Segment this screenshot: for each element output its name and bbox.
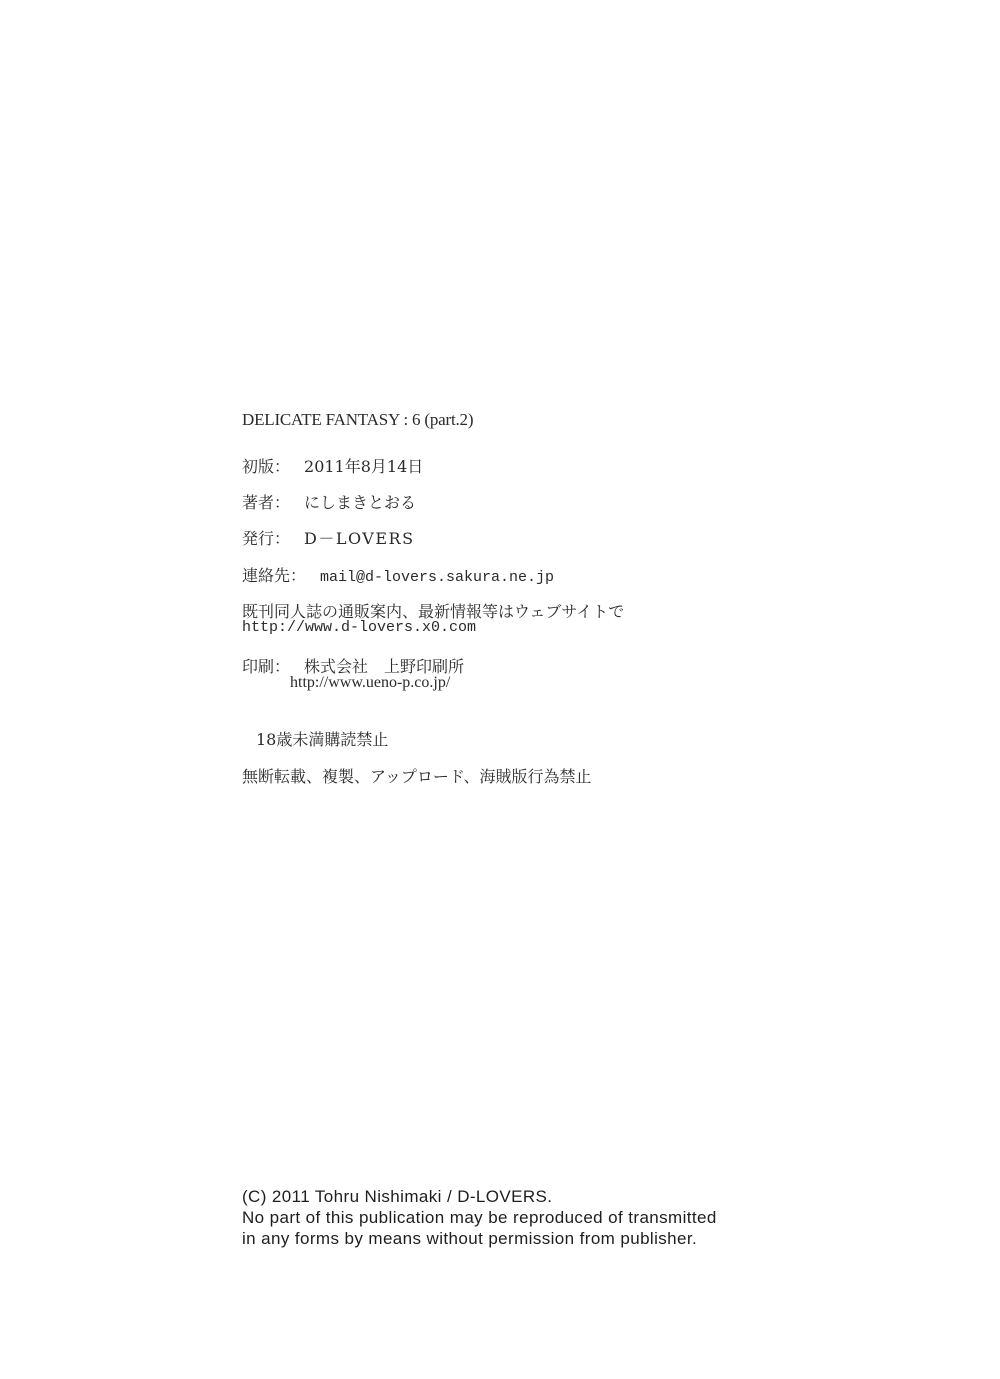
publisher-label: 発行： (242, 526, 290, 549)
rights-notice-line-2: in any forms by means without permission… (242, 1228, 717, 1249)
contact-label: 連絡先： (242, 563, 306, 586)
copyright-line: (C) 2011 Tohru Nishimaki / D-LOVERS. (242, 1186, 717, 1207)
author-name: にしまきとおる (304, 493, 416, 512)
publisher-name: D－LOVERS (304, 529, 415, 548)
prohibition-notice: 無断転載、複製、アップロード、海賊版行為禁止 (242, 764, 591, 787)
author-row: 著者：にしまきとおる (242, 490, 416, 513)
age-restriction: 18歳未満購読禁止 (256, 727, 388, 750)
author-label: 著者： (242, 490, 290, 513)
contact-email: mail@d-lovers.sakura.ne.jp (320, 569, 554, 586)
first-edition-label: 初版： (242, 454, 290, 477)
publisher-row: 発行：D－LOVERS (242, 526, 415, 549)
rights-notice-line-1: No part of this publication may be repro… (242, 1207, 717, 1228)
first-edition-date: 2011年8月14日 (304, 457, 423, 476)
website-url: http://www.d-lovers.x0.com (242, 619, 476, 636)
printer-label: 印刷： (242, 654, 290, 677)
first-edition-row: 初版：2011年8月14日 (242, 454, 423, 477)
printer-url: http://www.ueno-p.co.jp/ (290, 674, 450, 692)
contact-row: 連絡先：mail@d-lovers.sakura.ne.jp (242, 563, 554, 586)
book-title: DELICATE FANTASY : 6 (part.2) (242, 410, 473, 430)
copyright-block: (C) 2011 Tohru Nishimaki / D-LOVERS. No … (242, 1186, 717, 1249)
